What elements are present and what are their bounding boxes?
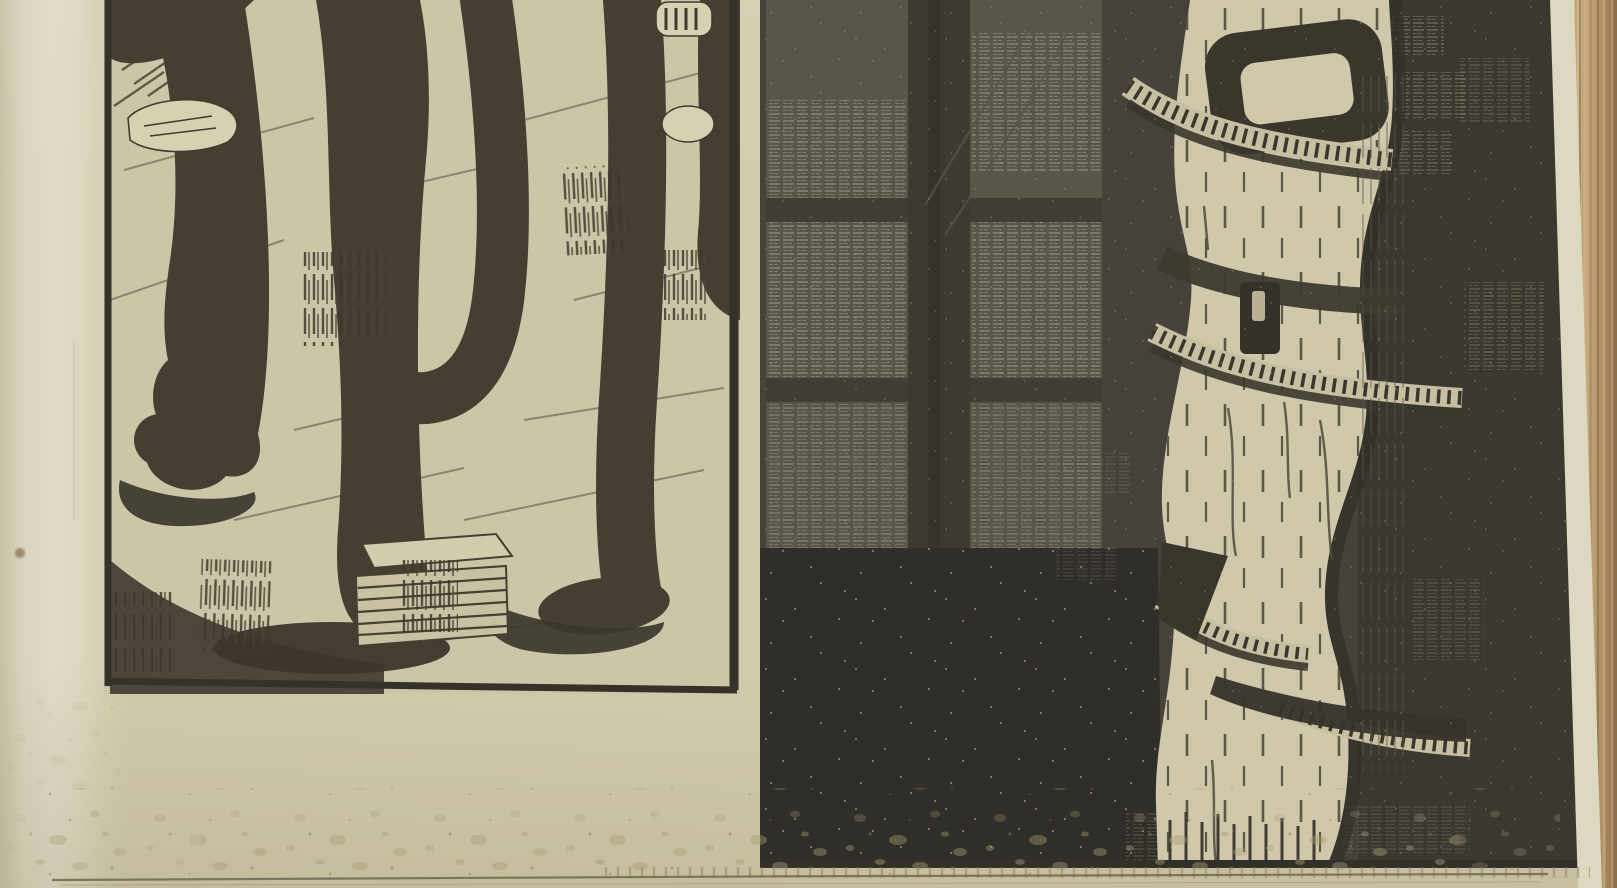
- striped-pale-object: [656, 2, 712, 36]
- left-margin-details: [0, 340, 120, 888]
- comic-panel-right: [760, 0, 1582, 868]
- leg-silhouette: [625, 0, 637, 590]
- comic-panel-left: [104, 0, 740, 694]
- scanned-comic-page-spread: [0, 0, 1617, 888]
- paper-blemish-spot: [15, 548, 25, 558]
- bottom-paper-strip: [30, 788, 1590, 885]
- page-artwork: [0, 0, 1617, 888]
- pale-blob: [662, 106, 714, 142]
